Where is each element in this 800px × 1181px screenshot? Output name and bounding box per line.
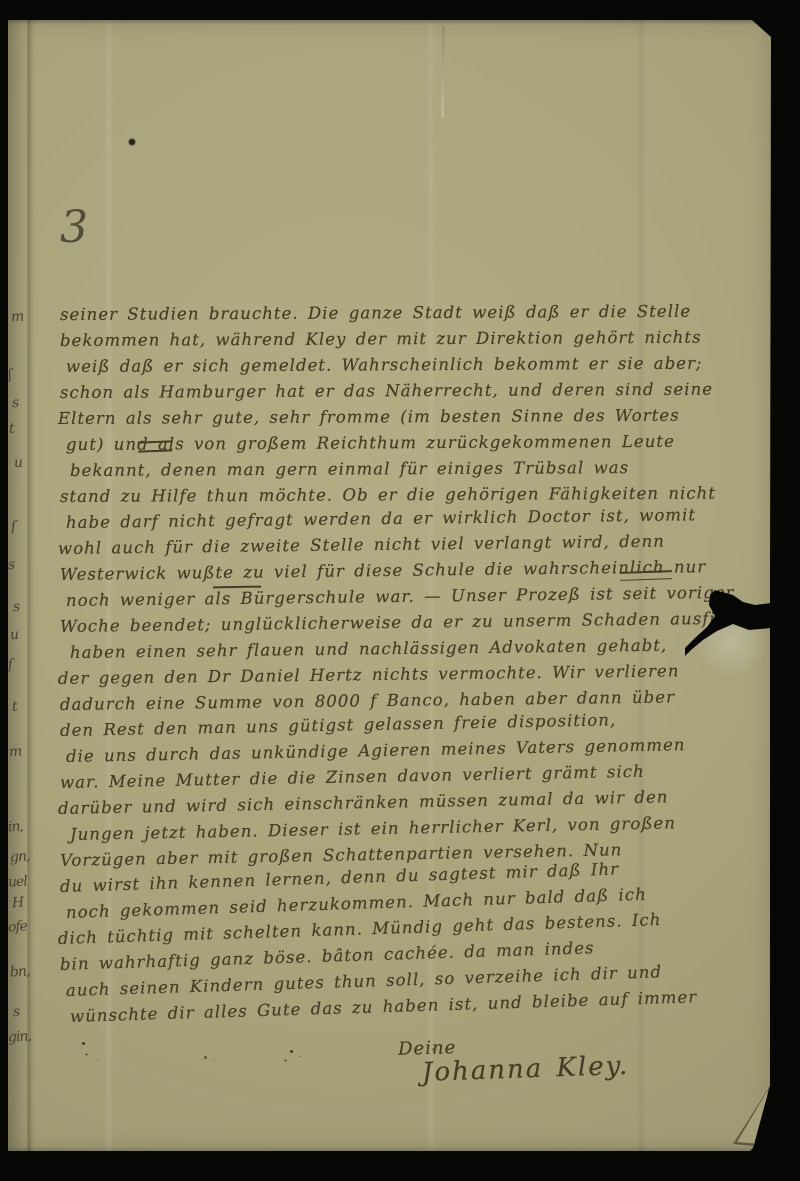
- margin-fragment: s: [8, 558, 15, 572]
- ink-speck: [432, 1048, 435, 1051]
- margin-fragment: s: [13, 600, 20, 614]
- letter-lines: seiner Studien brauchte. Die ganze Stadt…: [60, 302, 762, 1030]
- margin-fragment: ſ: [8, 658, 13, 672]
- letter-line: seiner Studien brauchte. Die ganze Stadt…: [60, 298, 762, 328]
- margin-fragment: bn,: [10, 964, 30, 979]
- margin-fragment: ʃ: [8, 368, 12, 382]
- margin-fragment: gin,: [8, 1029, 32, 1045]
- letter-line: bekannt, denen man gern einmal für einig…: [70, 454, 762, 484]
- ink-speck: [204, 1056, 207, 1059]
- letter-line: bekommen hat, während Kley der mit zur D…: [60, 324, 762, 354]
- ink-spot: [128, 138, 136, 146]
- letter-line: weiß daß er sich gemeldet. Wahrscheinlic…: [66, 350, 762, 380]
- folded-corner: [728, 1078, 772, 1152]
- folded-corner-flap: [728, 1078, 772, 1152]
- margin-fragment: ſ: [11, 520, 16, 534]
- strikethrough-mark: [138, 440, 172, 452]
- margin-fragment: t: [12, 700, 18, 714]
- margin-fragment: gn,: [10, 849, 30, 864]
- margin-fragment: m: [9, 745, 22, 760]
- margin-fragment: s: [13, 1005, 20, 1019]
- letter-line: Eltern als sehr gute, sehr fromme (im be…: [58, 402, 762, 432]
- margin-fragment: ofe: [8, 919, 28, 934]
- margin-fragment: uel: [8, 874, 28, 889]
- letter-body: seiner Studien brauchte. Die ganze Stadt…: [60, 302, 762, 1086]
- ink-speck: [82, 1042, 85, 1045]
- photo-frame: 3 m ʃ s t u ſ s s u ſ t m in, gn, uel H …: [0, 0, 800, 1181]
- margin-fragment: u: [14, 456, 23, 471]
- letter-line: schon als Hamburger hat er das Näherrech…: [60, 376, 762, 406]
- margin-fragment: H: [12, 896, 24, 911]
- ink-speck: [290, 1050, 293, 1053]
- page-number: 3: [60, 206, 88, 250]
- letter-page: 3 m ʃ s t u ſ s s u ſ t m in, gn, uel H …: [8, 20, 771, 1152]
- margin-fragment: t: [9, 422, 15, 436]
- margin-fragment: u: [10, 628, 19, 643]
- scan-background: { "colors": { "background": "#070706", "…: [0, 0, 800, 1181]
- margin-fragment: m: [11, 310, 24, 325]
- margin-fragment: in,: [8, 819, 24, 834]
- paper-crease: [442, 26, 445, 118]
- strikethrough-mark: [620, 570, 672, 581]
- margin-fragment: s: [12, 396, 19, 410]
